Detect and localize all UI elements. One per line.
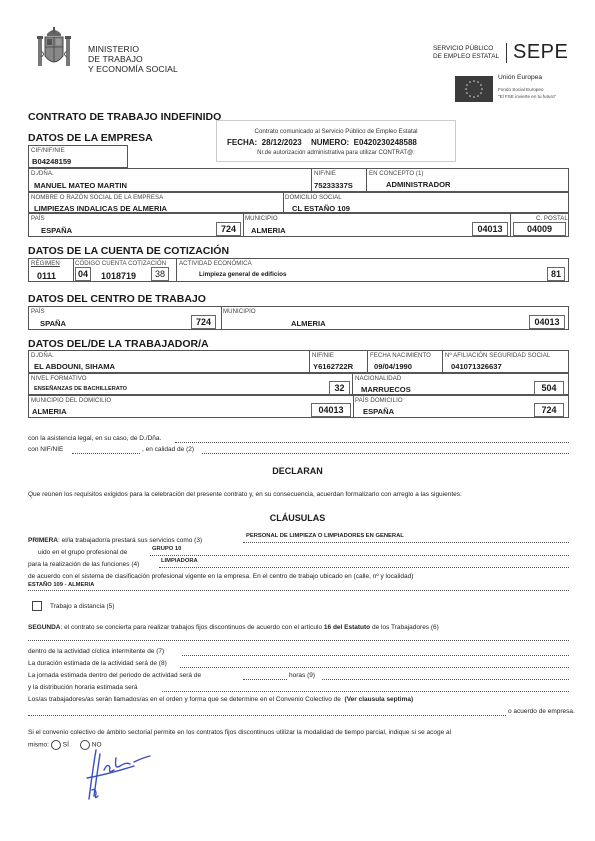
llamamiento-line: Los/as trabajadores/as serán llamados/as… <box>28 696 413 703</box>
dotted-line <box>162 691 569 692</box>
dotted-line <box>180 667 569 668</box>
municipio-code: 04013 <box>529 315 565 329</box>
dotted-line <box>72 453 140 454</box>
primera-label: PRIMERA <box>28 537 58 544</box>
duracion-estimada: La duración estimada de la actividad ser… <box>28 660 167 667</box>
distribucion-horaria: y la distribución horaria estimada será <box>28 684 137 691</box>
municipio-code: 04013 <box>472 222 508 236</box>
divider <box>352 374 353 394</box>
actividad-ciclica: dentro de la actividad cíclica intermite… <box>28 648 164 655</box>
representante-row: D./DÑA. MANUEL MATEO MARTIN NIF/NIE 7523… <box>28 168 569 192</box>
grupo-value: GRUPO 10 <box>152 546 181 552</box>
actividad-code: 81 <box>547 267 565 281</box>
divider <box>176 259 177 281</box>
dotted-line <box>175 442 569 443</box>
segunda-label: SEGUNDA <box>28 624 61 631</box>
nif-value: Y6162722R <box>313 362 353 371</box>
asistencia-nif: con NIF/NIE <box>28 446 63 453</box>
actividad-label: ACTIVIDAD ECONÓMICA <box>179 260 252 267</box>
eu-flag-icon <box>455 76 493 102</box>
dona-label: D./DÑA. <box>31 352 54 359</box>
dona-value: EL ABDOUNI, SIHAMA <box>34 362 115 371</box>
communication-stamp: Contrato comunicado al Servicio Público … <box>216 120 456 162</box>
pais-code: 724 <box>191 315 216 329</box>
primera-line: PRIMERA: el/la trabajador/a prestará sus… <box>28 537 202 544</box>
stamp-line3: Nr.de autorización administrativa para u… <box>217 150 455 156</box>
funciones-value: LIMPIADORA <box>161 558 198 564</box>
asistencia-line1: con la asistencia legal, en su caso, de … <box>28 435 161 442</box>
segunda-line: SEGUNDA: el contrato se concierta para r… <box>28 624 439 631</box>
spain-coat-of-arms-icon <box>36 26 72 70</box>
ministry-line: MINISTERIO <box>88 44 178 54</box>
ministry-line: DE TRABAJO <box>88 54 178 64</box>
radio-si-label: SÍ <box>63 742 69 749</box>
municipio-label: MUNICIPIO <box>223 308 256 315</box>
divider <box>367 351 368 372</box>
regimen-label: RÉGIMEN <box>31 260 60 267</box>
primera-text: : el/la trabajador/a prestará sus servic… <box>58 537 202 544</box>
dotted-line <box>243 679 287 680</box>
nif-label: NIF/NIE <box>312 352 334 359</box>
segunda-bold: 16 del Estatuto <box>324 624 370 631</box>
concepto-value: ADMINISTRADOR <box>386 180 451 189</box>
codigo-provincia: 04 <box>75 267 91 281</box>
dotted-line <box>28 715 506 716</box>
divider <box>442 351 443 372</box>
pais-value: SPAÑA <box>40 319 66 328</box>
convenio-value: (Ver clausula septima) <box>345 696 414 703</box>
ubicacion-row: PAÍS ESPAÑA 724 MUNICIPIO ALMERIA 04013 … <box>28 213 569 237</box>
mun-label: MUNICIPIO DEL DOMICILIO <box>31 397 111 404</box>
document-title: CONTRATO DE TRABAJO INDEFINIDO <box>28 111 221 123</box>
acuerdo-empresa: o acuerdo de empresa. <box>508 708 575 715</box>
sepe-sub-line: DE EMPLEO ESTATAL <box>433 53 499 61</box>
paisdom-code: 724 <box>534 403 564 417</box>
nivel-value: ENSEÑANZAS DE BACHILLERATO <box>34 386 127 392</box>
sepe-divider <box>506 43 507 63</box>
sepe-subtitle: SERVICIO PÚBLICO DE EMPLEO ESTATAL <box>433 45 499 61</box>
puesto-value: PERSONAL DE LIMPIEZA O LIMPIADORES EN GE… <box>246 533 404 539</box>
section-title-cotizacion: DATOS DE LA CUENTA DE COTIZACIÓN <box>28 245 229 257</box>
grupo-text: uido en el grupo profesional de <box>38 549 127 556</box>
divider <box>309 351 310 372</box>
clausulas-heading: CLÁUSULAS <box>0 513 595 523</box>
pais-label: PAÍS <box>31 308 45 315</box>
dotted-line <box>28 590 569 591</box>
afil-label: Nº AFILIACIÓN SEGURIDAD SOCIAL <box>445 352 550 359</box>
pais-code: 724 <box>216 222 241 236</box>
cp-label: C. POSTAL <box>536 215 568 222</box>
declaran-text: Que reúnen los requisitos exigidos para … <box>28 491 462 498</box>
divider <box>243 214 244 236</box>
trabajo-distancia-label: Trabajo a distancia (5) <box>50 603 114 610</box>
divider <box>73 259 74 281</box>
nif-value: 75233337S <box>314 181 353 190</box>
eu-subtitle: Fondo Social Europeo "El FSE invierte en… <box>498 87 556 100</box>
codigo-dc: 38 <box>151 267 169 281</box>
nif-label: NIF/NIE <box>314 170 336 177</box>
trabajador-row1: D./DÑA. EL ABDOUNI, SIHAMA NIF/NIE Y6162… <box>28 350 569 373</box>
cif-value: B04248159 <box>32 157 71 166</box>
domicilio-label: DOMICILIO SOCIAL <box>285 194 342 201</box>
divider <box>311 169 312 191</box>
stamp-fecha-label: FECHA: <box>227 138 257 147</box>
nac-code: 504 <box>534 381 564 395</box>
paisdom-label: PAÍS DOMICILIO <box>355 397 403 404</box>
municipio-label: MUNICIPIO <box>245 215 278 222</box>
dotted-line <box>243 542 569 543</box>
divider <box>510 214 511 236</box>
nac-label: NACIONALIDAD <box>355 375 401 382</box>
llamamiento-text: Los/as trabajadores/as serán llamados/as… <box>28 696 341 703</box>
centro-value: ESTAÑO 109 - ALMERIA <box>28 582 94 588</box>
segunda-text: : el contrato se concierta para realizar… <box>61 624 323 631</box>
declaran-heading: DECLARAN <box>0 466 595 476</box>
nivel-code: 32 <box>329 381 350 395</box>
divider <box>221 307 222 329</box>
divider <box>366 169 367 191</box>
mismo-label: mismo: <box>28 742 49 749</box>
eu-title: Unión Europea <box>498 74 542 81</box>
municipio-value: ALMERIA <box>251 226 286 235</box>
nac-value: MARRUECOS <box>361 385 411 394</box>
jornada-estimada: La jornada estimada dentro del periodo d… <box>28 672 201 679</box>
mun-code: 04013 <box>311 403 351 417</box>
trabajador-row3: MUNICIPIO DEL DOMICILIO ALMERIA 04013 PA… <box>28 395 569 418</box>
fnac-label: FECHA NACIMIENTO <box>370 352 431 359</box>
pais-value: ESPAÑA <box>41 226 72 235</box>
dotted-line <box>150 555 569 556</box>
stamp-fecha: FECHA: 28/12/2023 <box>227 138 302 147</box>
razon-social-row: NOMBRE O RAZÓN SOCIAL DE LA EMPRESA LIMP… <box>28 192 569 213</box>
cp-value: 04009 <box>513 222 566 236</box>
radio-si[interactable] <box>51 740 61 750</box>
handwritten-signature-icon <box>84 744 164 806</box>
funciones-text: para la realización de las funciones (4) <box>28 561 139 568</box>
dotted-line <box>28 640 569 641</box>
centro-row: PAÍS SPAÑA 724 MUNICIPIO ALMERIA 04013 <box>28 306 569 330</box>
pais-label: PAÍS <box>31 215 45 222</box>
tiempo-parcial-text: Si el convenio colectivo de ámbito secto… <box>28 729 451 736</box>
dona-value: MANUEL MATEO MARTIN <box>34 181 127 190</box>
horas-label: horas (9) <box>289 672 315 679</box>
paisdom-value: ESPAÑA <box>363 407 394 416</box>
trabajo-distancia-checkbox[interactable] <box>32 601 42 611</box>
stamp-numero-label: NUMERO: <box>311 138 349 147</box>
razon-label: NOMBRE O RAZÓN SOCIAL DE LA EMPRESA <box>31 194 163 201</box>
codigo-numero: 1018719 <box>101 271 136 281</box>
trabajador-row2: NIVEL FORMATIVO ENSEÑANZAS DE BACHILLERA… <box>28 373 569 395</box>
dotted-line <box>159 567 569 568</box>
divider <box>283 193 284 212</box>
segunda-text-b: de los Trabajadores (6) <box>372 624 439 631</box>
sepe-sub-line: SERVICIO PÚBLICO <box>433 45 499 53</box>
section-title-empresa: DATOS DE LA EMPRESA <box>28 132 153 144</box>
stamp-numero-value: E0420230248588 <box>354 138 417 147</box>
cif-field: CIF/NIF/NIE B04248159 <box>28 145 128 168</box>
nivel-label: NIVEL FORMATIVO <box>31 375 87 382</box>
actividad-value: Limpieza general de edificios <box>199 271 286 278</box>
asistencia-calidad: , en calidad de (2) <box>142 446 194 453</box>
section-title-trabajador: DATOS DEL/DE LA TRABAJADOR/A <box>28 338 209 350</box>
municipio-value: ALMERIA <box>291 319 326 328</box>
stamp-line1: Contrato comunicado al Servicio Público … <box>217 128 455 135</box>
ministry-name: MINISTERIO DE TRABAJO Y ECONOMÍA SOCIAL <box>88 44 178 74</box>
eu-sub-line: "El FSE invierte en tu futuro" <box>498 94 556 101</box>
stamp-numero: NUMERO: E0420230248588 <box>311 138 417 147</box>
domicilio-value: CL ESTAÑO 109 <box>292 204 350 213</box>
dotted-line <box>322 679 569 680</box>
sistema-text: de acuerdo con el sistema de clasificaci… <box>28 573 413 580</box>
mun-value: ALMERIA <box>32 407 67 416</box>
ministry-line: Y ECONOMÍA SOCIAL <box>88 64 178 74</box>
concepto-label: EN CONCEPTO (1) <box>369 170 423 177</box>
dotted-line <box>202 453 569 454</box>
cif-label: CIF/NIF/NIE <box>31 147 65 154</box>
divider <box>353 396 354 417</box>
razon-value: LIMPIEZAS INDALICAS DE ALMERIA <box>34 204 167 213</box>
afil-value: 041071326637 <box>451 362 502 371</box>
codigo-label: CÓDIGO CUENTA COTIZACIÓN <box>75 260 166 267</box>
dona-label: D./DÑA. <box>31 170 54 177</box>
dotted-line <box>182 655 569 656</box>
fnac-value: 09/04/1990 <box>374 362 412 371</box>
section-title-centro: DATOS DEL CENTRO DE TRABAJO <box>28 293 206 305</box>
cotizacion-row: RÉGIMEN 0111 CÓDIGO CUENTA COTIZACIÓN 04… <box>28 258 569 282</box>
sepe-logo: SEPE <box>513 41 568 64</box>
stamp-fecha-value: 28/12/2023 <box>262 138 302 147</box>
regimen-value: 0111 <box>37 271 56 281</box>
